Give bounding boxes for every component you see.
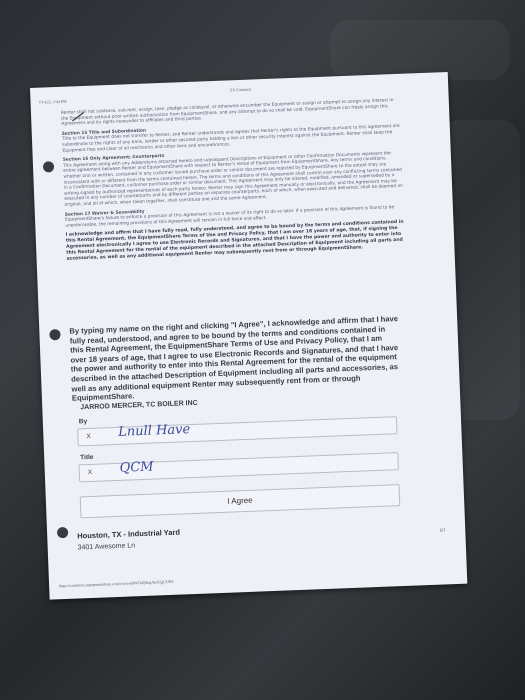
page-number: 5/7 [440,527,446,532]
i-agree-button[interactable]: I Agree [80,484,401,518]
title-field[interactable]: X QCM [78,452,398,482]
agreement-body: Renter shall not sublease, sub-rent, ass… [61,98,407,267]
punch-hole [43,161,54,172]
title-value: QCM [119,460,153,476]
yard-address: 3401 Awesome Ln [78,542,136,551]
by-signature-field[interactable]: X Lnull Have [77,416,397,446]
title-label: Title [80,454,94,462]
background-ridge [330,20,510,80]
by-signature: Lnull Have [118,422,190,440]
agree-statement: By typing my name on the right and click… [69,314,402,403]
document-header-title: ES Contracts [230,87,251,93]
by-label: By [79,418,88,425]
print-date: 7/14/22, 2:44 PM [38,99,66,105]
yard-location: Houston, TX - Industrial Yard [77,528,180,541]
printed-document: 7/14/22, 2:44 PM ES Contracts Renter sha… [30,72,467,600]
punch-hole [57,527,68,538]
punch-hole [49,329,60,340]
title-marker: X [88,469,93,476]
by-marker: X [86,433,91,440]
document-url: https://contracts.equipmentshare.com/c/c… [59,579,174,588]
